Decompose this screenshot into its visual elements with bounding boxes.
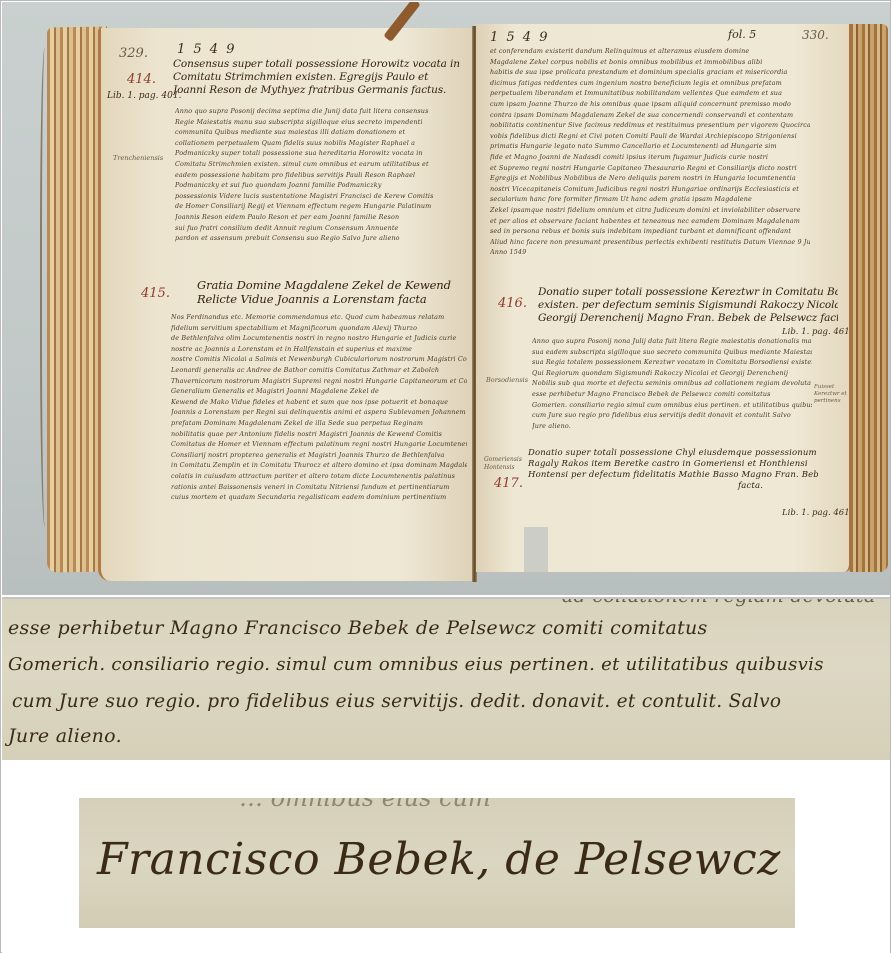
- entry-number: 417.: [494, 476, 523, 491]
- entry-title: Donatio super totali possessione Kereztw…: [538, 286, 838, 325]
- text-line: Gomerich. consiliario regio. simul cum o…: [8, 654, 824, 675]
- side-note: Fuisset Kereztwr et pertinens: [814, 384, 850, 405]
- entry-number: 415.: [141, 286, 170, 301]
- right-page-edges: [850, 24, 888, 572]
- detail-crop-lines: ad collationem regiam devoluta esse perh…: [2, 597, 890, 760]
- margin-note: Trencheniensis: [113, 154, 163, 162]
- highlighted-name: Francisco Bebek, de Pelsewcz: [97, 834, 781, 885]
- left-page: 329. 1 5 4 9 414. Lib. 1. pag. 401. Cons…: [98, 28, 474, 581]
- folio-number: 329.: [119, 46, 148, 61]
- text-line: esse perhibetur Magno Francisco Bebek de…: [8, 617, 708, 639]
- detail-crop-panel: … omnibus eius cum Francisco Bebek, de P…: [2, 761, 890, 953]
- partial-line-above: … omnibus eius cum: [239, 798, 491, 812]
- page-year: 1 5 4 9: [490, 30, 549, 45]
- margin-note: Borsodiensis: [486, 376, 528, 384]
- entry-body: Anno quo supra Posonij decima septima di…: [175, 106, 465, 244]
- entry-title: Donatio super totali possessione Chyl ei…: [528, 448, 818, 492]
- figure-frame: 329. 1 5 4 9 414. Lib. 1. pag. 401. Cons…: [0, 0, 891, 953]
- entry-title: Gratia Domine Magdalene Zekel de Kewend …: [197, 278, 467, 306]
- text-line: ad collationem regiam devoluta: [562, 597, 876, 607]
- entry-title: Consensus super totali possessione Horow…: [173, 58, 473, 97]
- right-page: 1 5 4 9 fol. 5 330. et conferendam exist…: [476, 24, 852, 572]
- entry-body: Nos Ferdinandus etc. Memorie commendamus…: [171, 312, 467, 503]
- entry-number: 416.: [498, 296, 527, 311]
- entry-reference: Lib. 1. pag. 461.: [782, 508, 852, 518]
- entry-body: Anno quo supra Posonij nona Julij data f…: [532, 336, 812, 431]
- page-year: 1 5 4 9: [177, 42, 236, 57]
- continuation-text: et conferendam existerit dandum Relinqui…: [490, 46, 810, 258]
- margin-note: Gomeriensis Hontensis: [484, 456, 524, 472]
- text-line: cum Jure suo regio. pro fidelibus eius s…: [12, 691, 781, 712]
- folio-label: fol. 5: [728, 28, 756, 41]
- folio-number: 330.: [802, 28, 829, 42]
- tape-strip: [524, 527, 548, 572]
- manuscript-photo: 329. 1 5 4 9 414. Lib. 1. pag. 401. Cons…: [2, 2, 890, 595]
- text-line: Jure alieno.: [8, 725, 122, 747]
- entry-number: 414.: [127, 72, 156, 87]
- detail-crop-name: … omnibus eius cum Francisco Bebek, de P…: [79, 798, 795, 928]
- entry-reference: Lib. 1. pag. 401.: [107, 91, 181, 101]
